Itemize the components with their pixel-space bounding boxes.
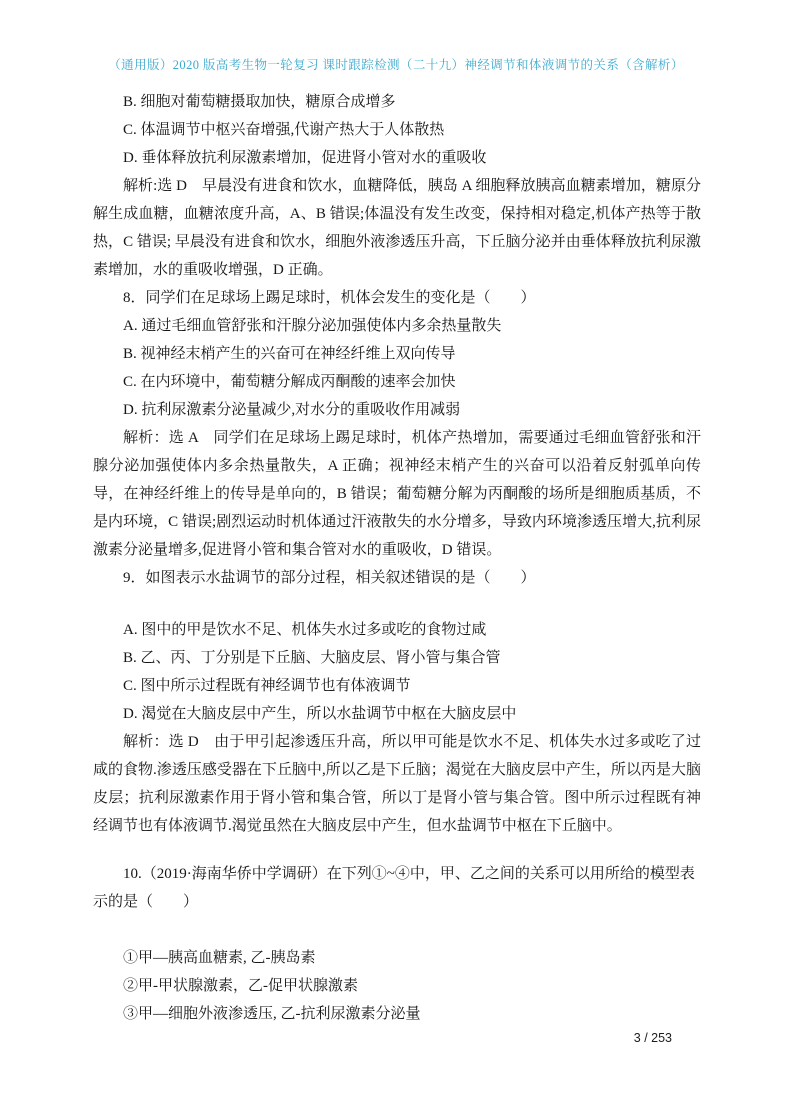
q10-item-2: ②甲-甲状腺激素，乙-促甲状腺激素 [93,972,701,1000]
q8-option-a: A. 通过毛细血管舒张和汗腺分泌加强使体内多余热量散失 [93,312,701,340]
document-title: （通用版）2020 版高考生物一轮复习 课时跟踪检测（二十九）神经调节和体液调节… [0,55,792,73]
q8-option-d: D. 抗利尿激素分泌量减少,对水分的重吸收作用减弱 [93,396,701,424]
q10-item-1: ①甲—胰高血糖素, 乙-胰岛素 [93,944,701,972]
page-number-total: 253 [651,1031,672,1045]
figure-placeholder-q9 [93,592,701,616]
page-number-current: 3 [634,1031,641,1045]
q8-analysis: 解析：选 A 同学们在足球场上踢足球时，机体产热增加，需要通过毛细血管舒张和汗腺… [93,424,701,564]
q9-option-b: B. 乙、丙、丁分别是下丘脑、大脑皮层、肾小管与集合管 [93,644,701,672]
model-figure-placeholder-q10 [93,916,701,944]
question-8: 8．同学们在足球场上踢足球时，机体会发生的变化是（ ） [93,284,701,312]
question-9: 9．如图表示水盐调节的部分过程，相关叙述错误的是（ ） [93,564,701,592]
q9-option-d: D. 渴觉在大脑皮层中产生，所以水盐调节中枢在大脑皮层中 [93,700,701,728]
q9-option-a: A. 图中的甲是饮水不足、机体失水过多或吃的食物过咸 [93,616,701,644]
document-page: （通用版）2020 版高考生物一轮复习 课时跟踪检测（二十九）神经调节和体液调节… [0,0,792,1120]
q7-option-c: C. 体温调节中枢兴奋增强,代谢产热大于人体散热 [93,116,701,144]
q7-option-b: B. 细胞对葡萄糖摄取加快，糖原合成增多 [93,88,701,116]
q10-item-3: ③甲—细胞外液渗透压, 乙-抗利尿激素分泌量 [93,1000,701,1028]
spacer-before-q10 [93,840,701,860]
q8-option-c: C. 在内环境中，葡萄糖分解成丙酮酸的速率会加快 [93,368,701,396]
q8-option-b: B. 视神经末梢产生的兴奋可在神经纤维上双向传导 [93,340,701,368]
q9-analysis: 解析：选 D 由于甲引起渗透压升高，所以甲可能是饮水不足、机体失水过多或吃了过咸… [93,728,701,840]
question-10: 10.（2019·海南华侨中学调研）在下列①~④中，甲、乙之间的关系可以用所给的… [93,860,701,916]
document-body: B. 细胞对葡萄糖摄取加快，糖原合成增多C. 体温调节中枢兴奋增强,代谢产热大于… [93,88,701,1028]
q9-option-c: C. 图中所示过程既有神经调节也有体液调节 [93,672,701,700]
q7-analysis: 解析:选 D 早晨没有进食和饮水，血糖降低，胰岛 A 细胞释放胰高血糖素增加，糖… [93,172,701,284]
page-number: 3 / 253 [634,1031,672,1045]
q7-option-d: D. 垂体释放抗利尿激素增加，促进肾小管对水的重吸收 [93,144,701,172]
page-number-separator: / [641,1031,651,1045]
